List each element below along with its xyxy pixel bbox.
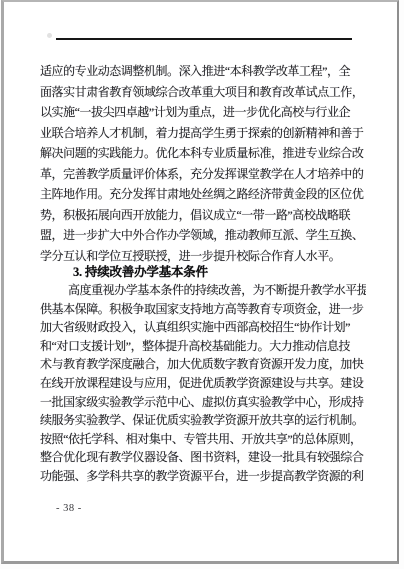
text-line: 高度重视办学基本条件的持续改善，为不断提升教学水平提 [40, 281, 366, 300]
text-line: 面落实甘肃省教育领域综合改革重大项目和教育改革试点工作， [40, 82, 366, 103]
section-heading: 3. 持续改善办学基本条件 [73, 262, 208, 280]
text-line: 术与教育教学深度融合，加大优质数字教育资源开发力度，加快 [40, 355, 366, 374]
text-line: 适应的专业动态调整机制。深入推进“本科教学改革工程”，全 [40, 61, 366, 82]
text-line: 续服务实验教学、保证优质实验教学资源开放共享的运行机制。 [40, 411, 366, 430]
header-smudge [47, 33, 52, 38]
text-line: 解决问题的实践能力。优化本科专业质量标准，推进专业综合改 [40, 143, 366, 164]
text-line: 以实施“一拔尖四卓越”计划为重点，进一步优化高校与行业企 [40, 102, 366, 123]
paragraph-2: 高度重视办学基本条件的持续改善，为不断提升教学水平提 供基本保障。积极争取国家支… [40, 281, 366, 486]
text-line: 在线开放课程建设与应用，促进优质教学资源建设与共享。建设 [40, 374, 366, 393]
text-line: 整合优化现有教学仪器设备、图书资料，建设一批具有较强综合 [40, 448, 366, 467]
text-line: 势，积极拓展向西开放能力，倡议成立“一带一路”高校战略联 [40, 205, 366, 226]
header-rule [56, 38, 352, 40]
text-line: 功能强、多学科共享的教学资源平台，进一步提高教学资源的利 [40, 467, 366, 486]
text-line: 和“对口支援计划”，整体提升高校基础能力。大力推动信息技 [40, 337, 366, 356]
text-line: 加大省级财政投入，认真组织实施中西部高校招生“协作计划” [40, 318, 366, 337]
text-line: 按照“依托学科、相对集中、专管共用、开放共享”的总体原则， [40, 430, 366, 449]
text-line: 主阵地作用。充分发挥甘肃地处丝绸之路经济带黄金段的区位优 [40, 184, 366, 205]
text-line: 业联合培养人才机制，着力提高学生勇于探索的创新精神和善于 [40, 123, 366, 144]
page-number: - 38 - [56, 503, 82, 514]
text-line: 盟，进一步扩大中外合作办学领域，推动教师互派、学生互换、 [40, 225, 366, 246]
text-line: 供基本保障。积极争取国家支持地方高等教育专项资金，进一步 [40, 300, 366, 319]
text-line: 革，完善教学质量评价体系，充分发挥课堂教学在人才培养中的 [40, 164, 366, 185]
text-line: 一批国家级实验教学示范中心、虚拟仿真实验教学中心，形成持 [40, 393, 366, 412]
paragraph-continuation: 适应的专业动态调整机制。深入推进“本科教学改革工程”，全 面落实甘肃省教育领域综… [40, 61, 366, 266]
